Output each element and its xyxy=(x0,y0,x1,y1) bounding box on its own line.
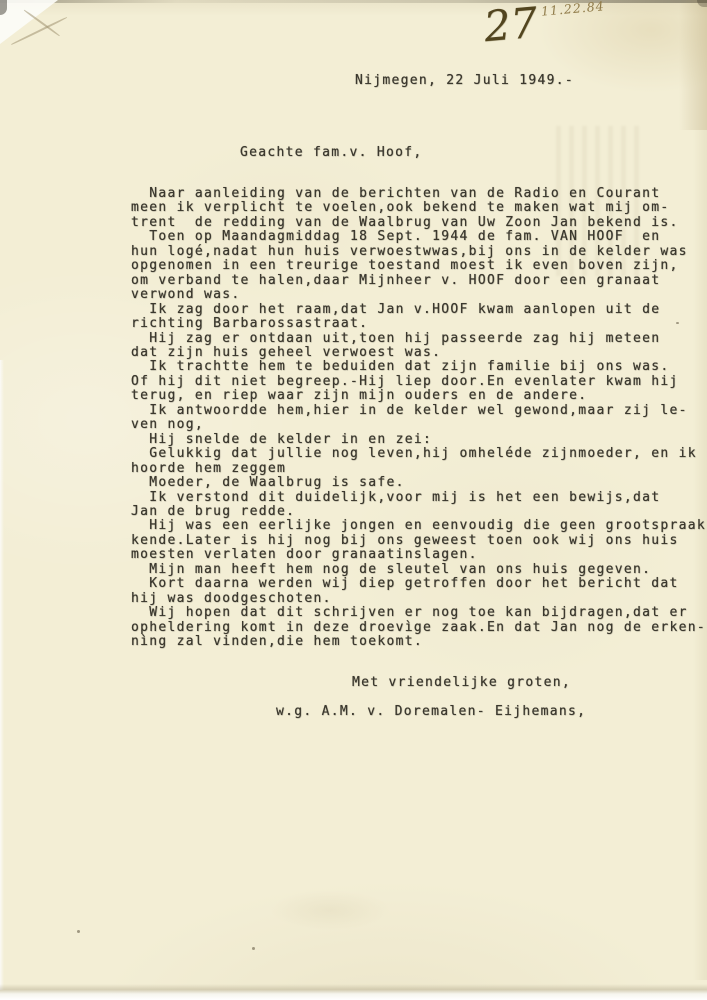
scanned-letter-page: 27 11.22.84 Nijmegen, 22 Juli 1949.- Gea… xyxy=(0,0,707,1000)
letter-signature: w.g. A.M. v. Doremalen- Eijhemans, xyxy=(276,704,586,719)
letter-closing: Met vriendelijke groten, xyxy=(352,675,571,690)
paper-stain xyxy=(270,890,390,930)
paper-speck xyxy=(252,947,255,950)
handwritten-page-number: 27 xyxy=(482,0,540,51)
handwritten-date-note: 11.22.84 xyxy=(540,0,605,19)
scan-left-edge xyxy=(0,360,4,990)
letter-body: Naar aanleiding van de berichten van de … xyxy=(131,187,706,650)
letter-dateline: Nijmegen, 22 Juli 1949.- xyxy=(355,73,574,88)
paper-right-edge-shading xyxy=(679,0,707,130)
paper-speck xyxy=(77,930,80,933)
letter-salutation: Geachte fam.v. Hoof, xyxy=(240,145,423,160)
paper-corner-fold xyxy=(0,0,58,44)
scan-bottom-edge xyxy=(0,984,707,1000)
